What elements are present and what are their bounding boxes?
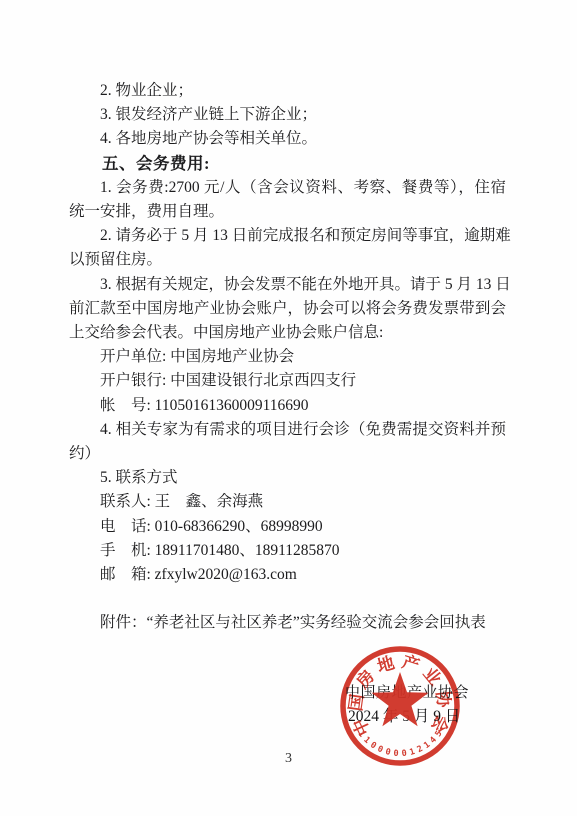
- text-line: 2. 请务必于 5 月 13 日前完成报名和预定房间等事宜，逾期难: [69, 224, 506, 248]
- seal-star: [371, 672, 428, 726]
- phone-line: 电 话: 010-68366290、68998990: [69, 515, 506, 539]
- page-number: 3: [0, 751, 577, 767]
- text-line: 约）: [69, 442, 506, 466]
- document-body: 2. 物业企业； 3. 银发经济产业链上下游企业； 4. 各地房地产协会等相关单…: [69, 79, 506, 636]
- section-heading: 五、会务费用:: [69, 152, 506, 176]
- text-line: 前汇款至中国房地产业协会账户，协会可以将会务费发票带到会: [69, 297, 506, 321]
- text-line: 3. 银发经济产业链上下游企业；: [69, 103, 506, 127]
- star-icon: [330, 636, 470, 776]
- text-line: 4. 各地房地产协会等相关单位。: [69, 127, 506, 151]
- text-line: 统一安排，费用自理。: [69, 200, 506, 224]
- attachment-line: 附件：“养老社区与社区养老”实务经验交流会参会回执表: [69, 611, 506, 635]
- account-holder-line: 开户单位: 中国房地产业协会: [69, 345, 506, 369]
- contact-person-line: 联系人: 王 鑫、余海燕: [69, 490, 506, 514]
- blank-line: [69, 587, 506, 611]
- account-number-line: 帐 号: 11050161360009116690: [69, 394, 506, 418]
- text-line: 上交给参会代表。中国房地产业协会账户信息:: [69, 321, 506, 345]
- email-line: 邮 箱: zfxylw2020@163.com: [69, 563, 506, 587]
- document-page: 2. 物业企业； 3. 银发经济产业链上下游企业； 4. 各地房地产协会等相关单…: [0, 0, 577, 816]
- text-line: 2. 物业企业；: [69, 79, 506, 103]
- text-line: 5. 联系方式: [69, 466, 506, 490]
- text-line: 4. 相关专家为有需求的项目进行会诊（免费需提交资料并预: [69, 418, 506, 442]
- text-line: 1. 会务费:2700 元/人（含会议资料、考察、餐费等），住宿: [69, 176, 506, 200]
- text-line: 以预留住房。: [69, 248, 506, 272]
- mobile-line: 手 机: 18911701480、18911285870: [69, 539, 506, 563]
- text-line: 3. 根据有关规定，协会发票不能在外地开具。请于 5 月 13 日: [69, 273, 506, 297]
- bank-line: 开户银行: 中国建设银行北京西四支行: [69, 369, 506, 393]
